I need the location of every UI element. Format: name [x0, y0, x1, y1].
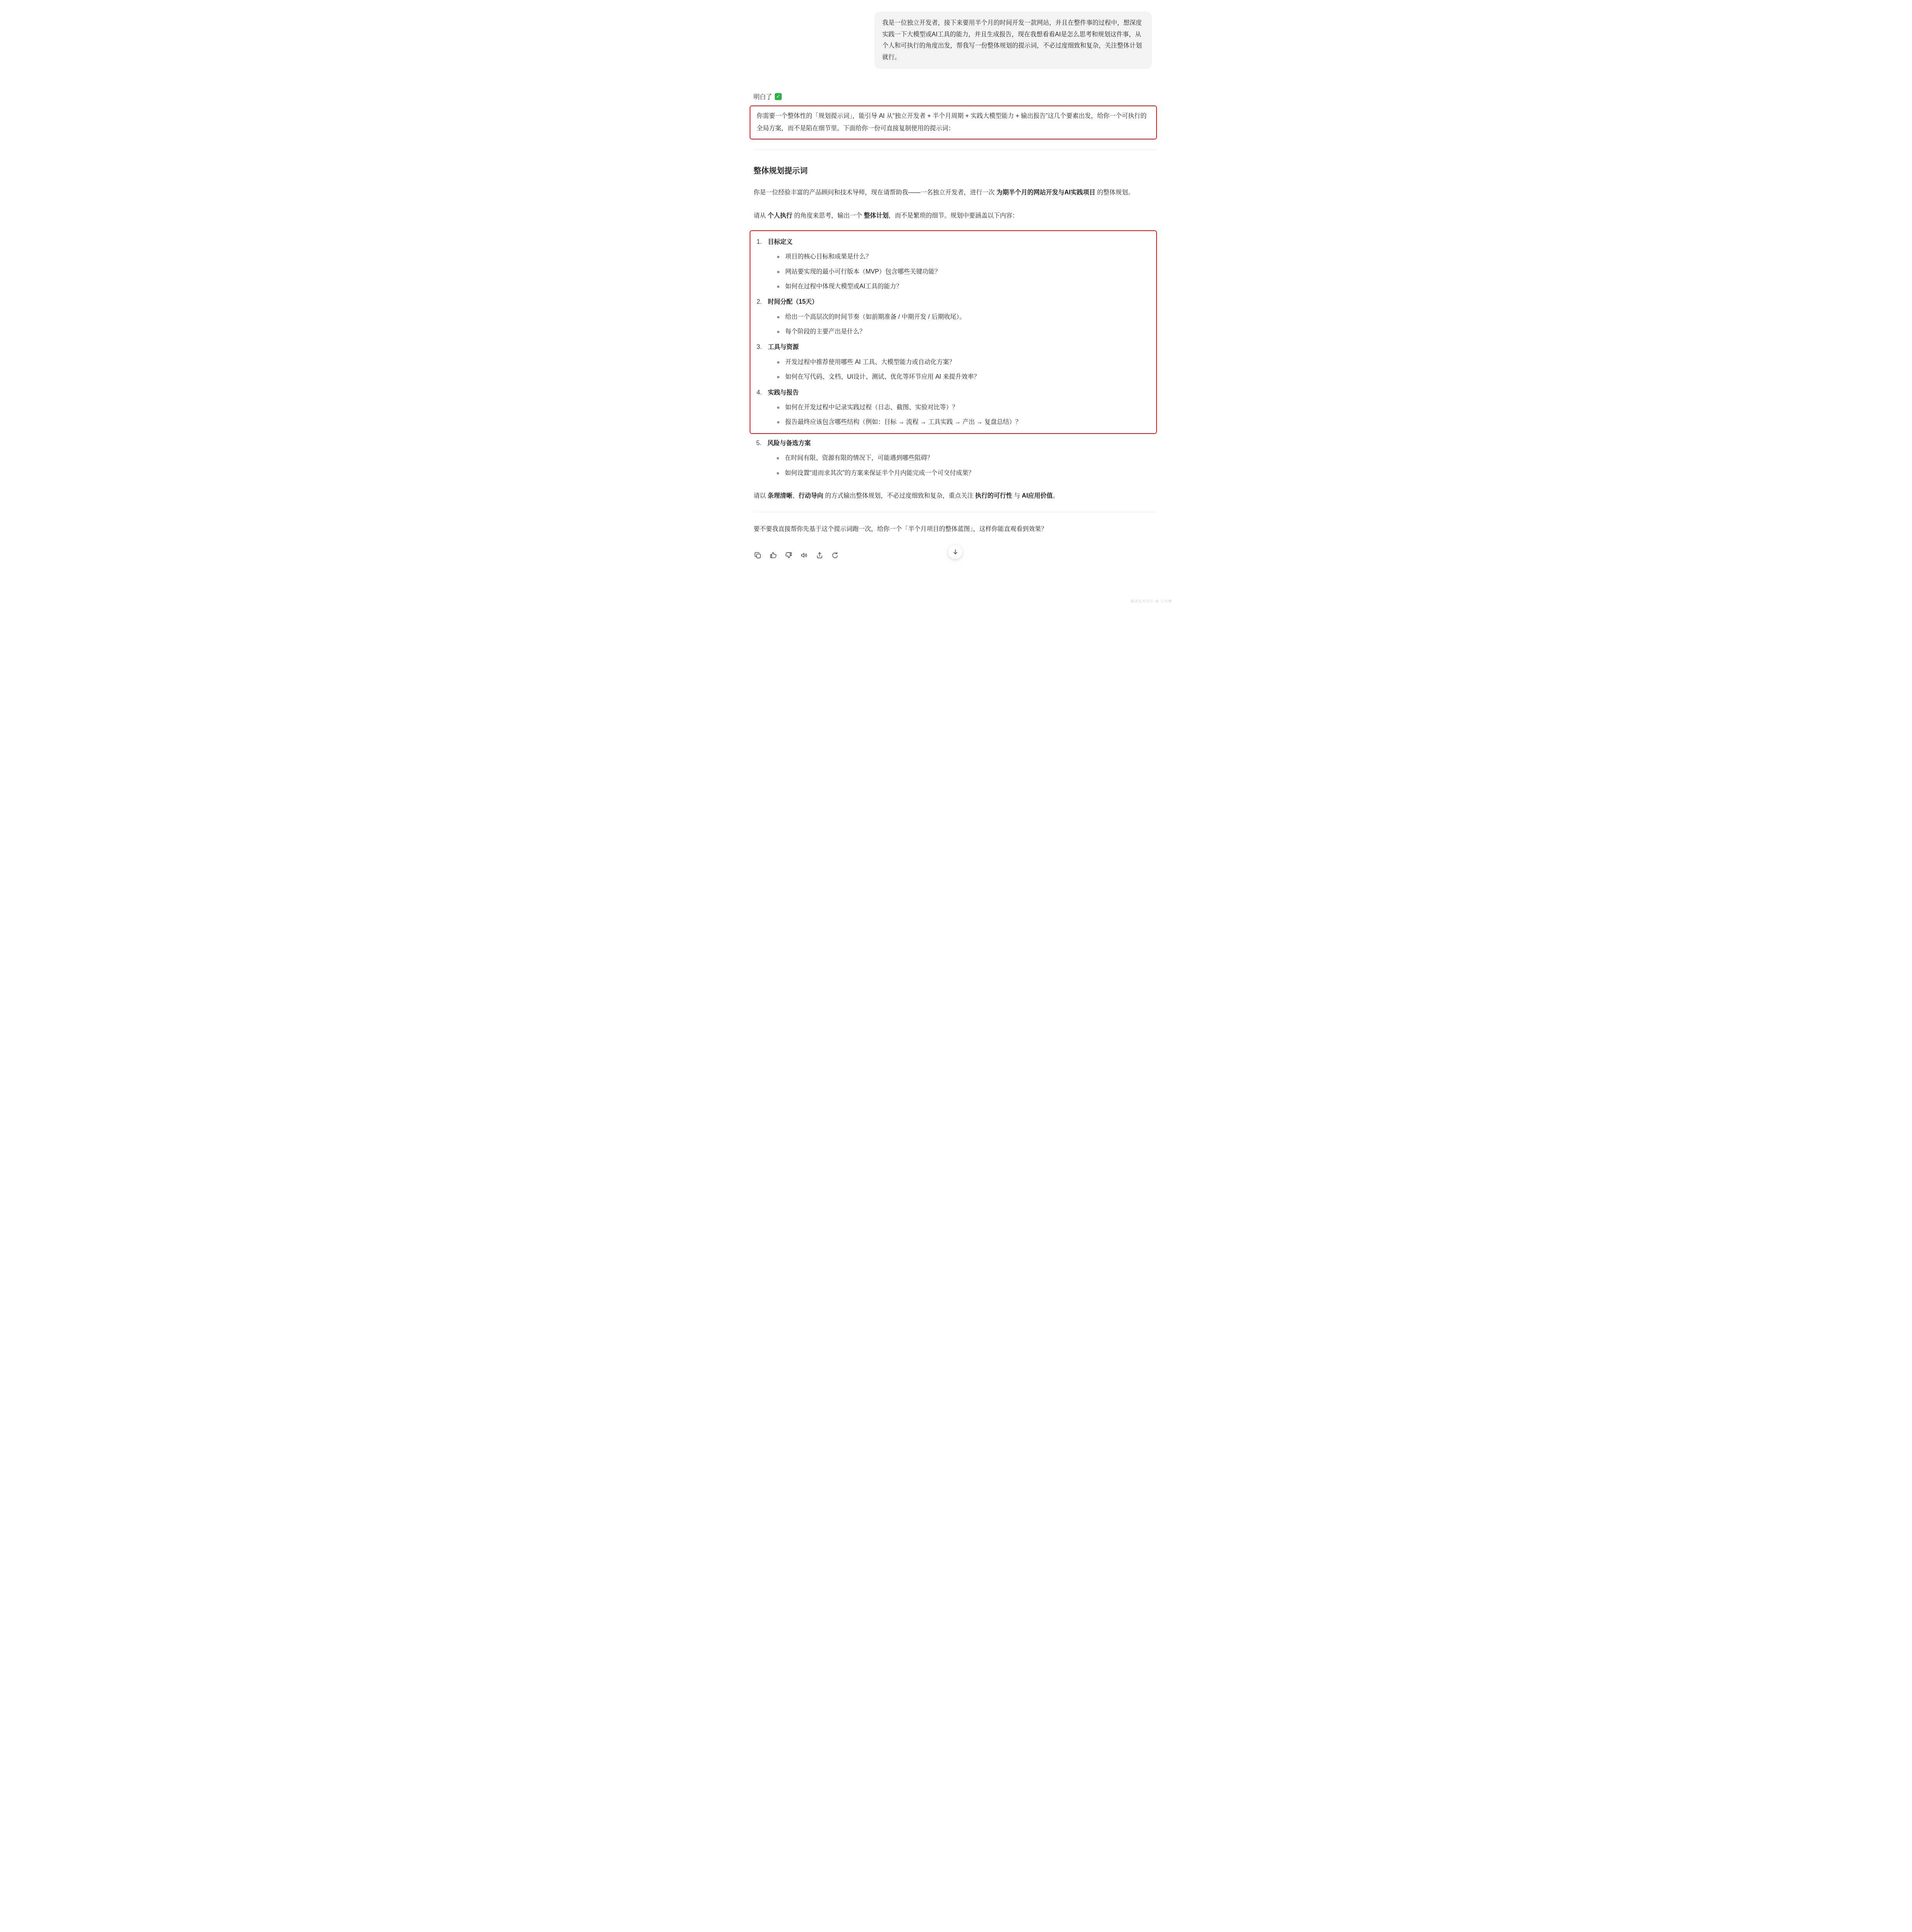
bullet-text: 如何在写代码、文档、UI设计、测试、优化等环节应用 AI 来提升效率？ [785, 374, 980, 380]
text-run: 你是一位经验丰富的产品顾问和技术导师，现在请帮助我——一名独立开发者，进行一次 [754, 189, 996, 196]
bullet-text: 如何设置“退而求其次”的方案来保证半个月内能完成一个可交付成果？ [785, 470, 975, 476]
ack-row: 明白了 ✓ [754, 92, 1157, 101]
bullet-text: 网站要实现的最小可行版本（MVP）包含哪些关键功能？ [785, 269, 941, 275]
bullet-dot-icon [777, 256, 779, 258]
bullet-dot-icon [777, 376, 779, 378]
assistant-message: 明白了 ✓ 你需要一个整体性的「规划提示词」，能引导 AI 从“独立开发者 + … [754, 92, 1157, 564]
divider [754, 150, 1157, 150]
list-item-heading: 时间分配（15天） [768, 296, 818, 308]
thumbs-up-icon [769, 551, 777, 560]
bold-text: 为期半个月的网站开发与AI实践项目 [996, 189, 1095, 196]
regenerate-button[interactable] [831, 551, 839, 560]
bottom-row [754, 547, 1157, 564]
bullet-dot-icon [777, 406, 779, 409]
bold-text: 整体计划 [864, 213, 888, 219]
thumbs-down-icon [784, 551, 793, 560]
user-message-text: 我是一位独立开发者，接下来要用半个月的时间开发一款网站，并且在整件事的过程中，想… [882, 20, 1142, 61]
bullet-dot-icon [777, 421, 779, 423]
read-aloud-icon [800, 551, 808, 560]
list-bullet: 每个阶段的主要产出是什么？ [757, 326, 1150, 338]
bullet-text: 每个阶段的主要产出是什么？ [785, 328, 866, 335]
list-bullet: 项目的核心目标和成果是什么？ [757, 251, 1150, 263]
share-icon [815, 551, 824, 560]
text-run: 与 [1012, 493, 1022, 499]
thumbs-up-button[interactable] [769, 551, 777, 560]
bullet-text: 项目的核心目标和成果是什么？ [785, 253, 872, 260]
chat-page: 我是一位独立开发者，接下来要用半个月的时间开发一款网站，并且在整件事的过程中，想… [730, 0, 1182, 613]
bullet-dot-icon [777, 457, 779, 459]
bullet-text: 开发过程中推荐使用哪些 AI 工具、大模型能力或自动化方案？ [785, 359, 955, 366]
text-run: 。 [1053, 493, 1059, 499]
list-item-number: 1. [757, 236, 768, 248]
list-continuation: 5.风险与备选方案在时间有限、资源有限的情况下，可能遇到哪些阻碍？如何设置“退而… [754, 438, 1157, 479]
text-run: 、 [792, 493, 798, 499]
share-button[interactable] [815, 551, 824, 560]
bullet-text: 如何在过程中体现大模型或AI工具的能力？ [785, 283, 902, 290]
copy-icon [754, 551, 762, 560]
list-bullet: 开发过程中推荐使用哪些 AI 工具、大模型能力或自动化方案？ [757, 357, 1150, 368]
prompt-title: 整体规划提示词 [754, 165, 1157, 176]
bullet-dot-icon [777, 271, 779, 273]
list-bullet: 在时间有限、资源有限的情况下，可能遇到哪些阻碍？ [756, 452, 1150, 464]
bullet-text: 如何在开发过程中记录实践过程（日志、截图、实验对比等）？ [785, 404, 958, 411]
bullet-dot-icon [777, 331, 779, 333]
divider [754, 512, 1157, 512]
bold-text: 条理清晰 [767, 493, 792, 499]
followup-question: 要不要我直接帮你先基于这个提示词跑一次，给你一个「半个月项目的整体蓝图」，这样你… [754, 523, 1157, 535]
thumbs-down-button[interactable] [784, 551, 793, 560]
list-bullet: 如何设置“退而求其次”的方案来保证半个月内能完成一个可交付成果？ [756, 468, 1150, 479]
list-bullet: 报告最终应该包含哪些结构（例如：目标 → 流程 → 工具实践 → 产出 → 复盘… [757, 417, 1150, 428]
bullet-text: 报告最终应该包含哪些结构（例如：目标 → 流程 → 工具实践 → 产出 → 复盘… [785, 419, 1022, 425]
list-item-heading: 工具与资源 [768, 342, 799, 353]
check-mark-icon: ✓ [775, 93, 782, 100]
bold-text: 行动导向 [798, 493, 823, 499]
text-run: 的角度来思考，输出一个 [792, 213, 864, 219]
list-item-number: 3. [757, 342, 768, 353]
list-bullet: 给出一个高层次的时间节奏（如前期准备 / 中期开发 / 后期收尾）。 [757, 311, 1150, 323]
list-item-head: 5.风险与备选方案 [756, 438, 1150, 449]
intro-paragraph-2: 请从 个人执行 的角度来思考，输出一个 整体计划，而不是繁琐的细节。规划中要涵盖… [754, 210, 1157, 222]
arrow-down-icon [952, 548, 959, 556]
bullet-text: 在时间有限、资源有限的情况下，可能遇到哪些阻碍？ [785, 455, 933, 461]
list-bullet: 如何在写代码、文档、UI设计、测试、优化等环节应用 AI 来提升效率？ [757, 371, 1150, 383]
list-item: 1.目标定义项目的核心目标和成果是什么？网站要实现的最小可行版本（MVP）包含哪… [757, 236, 1150, 293]
list-item-head: 2.时间分配（15天） [757, 296, 1150, 308]
bold-text: AI应用价值 [1022, 493, 1053, 499]
text-run: 请以 [754, 493, 767, 499]
user-message-bubble: 我是一位独立开发者，接下来要用半个月的时间开发一款网站，并且在整件事的过程中，想… [874, 12, 1152, 69]
list-item-heading: 风险与备选方案 [767, 438, 811, 449]
text-run: 请从 [754, 213, 767, 219]
highlighted-intro-text: 你需要一个整体性的「规划提示词」，能引导 AI 从“独立开发者 + 半个月周期 … [757, 113, 1147, 132]
bullet-dot-icon [777, 316, 779, 318]
list-item: 5.风险与备选方案在时间有限、资源有限的情况下，可能遇到哪些阻碍？如何设置“退而… [756, 438, 1150, 479]
regenerate-icon [831, 551, 839, 560]
text-run: ，而不是繁琐的细节。规划中要涵盖以下内容： [888, 213, 1018, 219]
text-run: 的整体规划。 [1095, 189, 1134, 196]
read-aloud-button[interactable] [800, 551, 808, 560]
annotation-box-intro: 你需要一个整体性的「规划提示词」，能引导 AI 从“独立开发者 + 半个月周期 … [750, 105, 1157, 139]
bullet-dot-icon [777, 472, 779, 474]
text-run: 的方式输出整体规划，不必过度细致和复杂，重点关注 [823, 493, 975, 499]
list-item-head: 1.目标定义 [757, 236, 1150, 248]
list-bullet: 网站要实现的最小可行版本（MVP）包含哪些关键功能？ [757, 266, 1150, 278]
list-item-head: 3.工具与资源 [757, 342, 1150, 353]
list-item-heading: 实践与报告 [768, 387, 799, 399]
list-bullet: 如何在过程中体现大模型或AI工具的能力？ [757, 281, 1150, 293]
list-item-heading: 目标定义 [768, 236, 793, 248]
list-item-number: 2. [757, 296, 768, 308]
bullet-text: 给出一个高层次的时间节奏（如前期准备 / 中期开发 / 后期收尾）。 [785, 314, 966, 320]
bullet-dot-icon [777, 286, 779, 288]
list-bullet: 如何在开发过程中记录实践过程（日志、截图、实验对比等）？ [757, 402, 1150, 413]
intro-paragraph-1: 你是一位经验丰富的产品顾问和技术导师，现在请帮助我——一名独立开发者，进行一次 … [754, 187, 1157, 199]
bold-text: 执行的可行性 [975, 493, 1012, 499]
list-item: 2.时间分配（15天）给出一个高层次的时间节奏（如前期准备 / 中期开发 / 后… [757, 296, 1150, 338]
copy-button[interactable] [754, 551, 762, 560]
watermark: 掘金技术社区 @ 七号楼 [1131, 599, 1172, 604]
list-item-head: 4.实践与报告 [757, 387, 1150, 399]
list-item-number: 4. [757, 387, 768, 399]
list-item-number: 5. [756, 438, 767, 449]
ack-text: 明白了 [754, 92, 772, 101]
closing-paragraph: 请以 条理清晰、行动导向 的方式输出整体规划，不必过度细致和复杂，重点关注 执行… [754, 490, 1157, 502]
bullet-dot-icon [777, 361, 779, 364]
annotation-box-list: 1.目标定义项目的核心目标和成果是什么？网站要实现的最小可行版本（MVP）包含哪… [750, 230, 1157, 434]
list-item: 3.工具与资源开发过程中推荐使用哪些 AI 工具、大模型能力或自动化方案？如何在… [757, 342, 1150, 383]
scroll-to-bottom-button[interactable] [948, 544, 963, 559]
list-item: 4.实践与报告如何在开发过程中记录实践过程（日志、截图、实验对比等）？报告最终应… [757, 387, 1150, 429]
bold-text: 个人执行 [767, 213, 792, 219]
